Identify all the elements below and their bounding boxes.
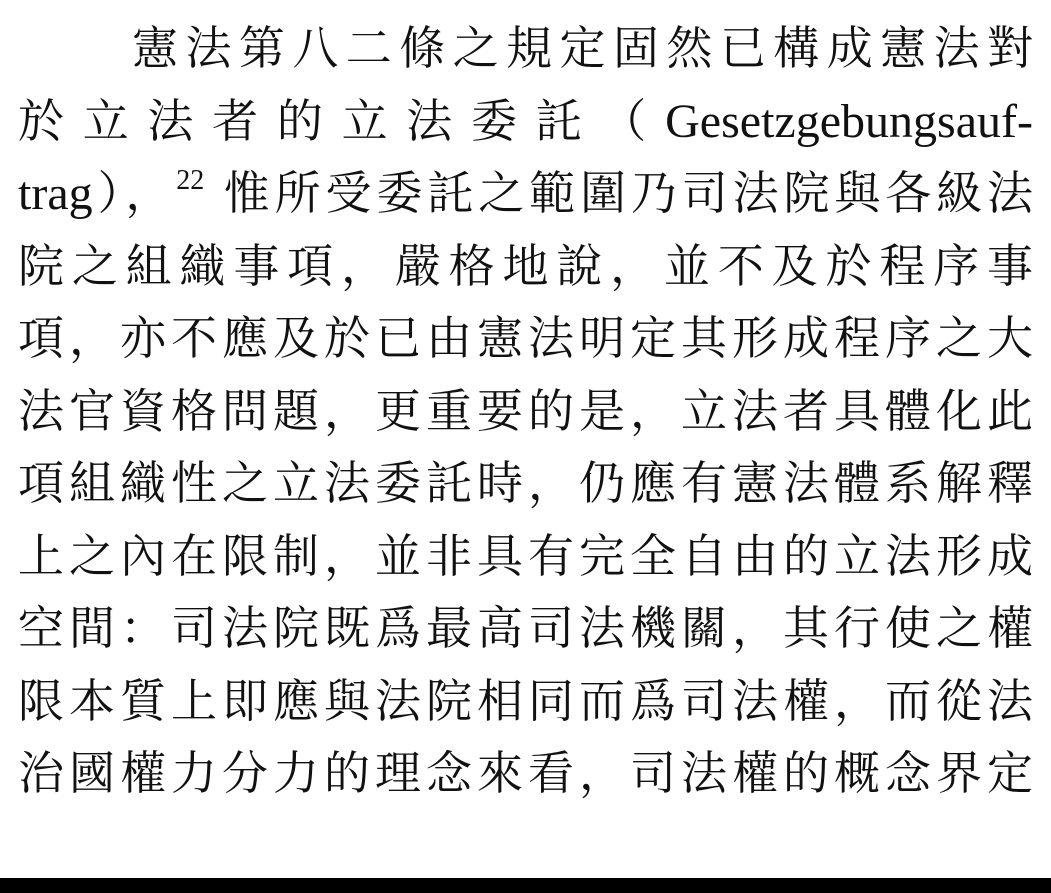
text-line-8: 上之內在限制，並非具有完全自由的立法形成 <box>18 520 1033 592</box>
text-line-1: 憲法第八二條之規定固然已構成憲法對 <box>132 12 1033 84</box>
text-line-4: 院之組織事項，嚴格地說，並不及於程序事 <box>18 230 1033 302</box>
text-line-2: 於立法者的立法委託（Gesetzgebungsauf- <box>18 85 1033 157</box>
text-line-5-content: 項，亦不應及於已由憲法明定其形成程序之大 <box>18 311 1033 365</box>
latin-term-part1: Gesetzgebungsauf- <box>665 95 1033 148</box>
text-line-1-content: 憲法第八二條之規定固然已構成憲法對 <box>132 21 1033 75</box>
text-line-10-content: 限本質上即應與法院相同而爲司法權，而從法 <box>18 674 1033 728</box>
text-line-4-content: 院之組織事項，嚴格地說，並不及於程序事 <box>18 239 1033 293</box>
text-line-8-content: 上之內在限制，並非具有完全自由的立法形成 <box>18 529 1033 583</box>
bottom-black-bar <box>0 878 1051 893</box>
text-line-6-content: 法官資格問題，更重要的是，立法者具體化此 <box>18 384 1033 438</box>
text-line-7: 項組織性之立法委託時，仍應有憲法體系解釋 <box>18 447 1033 519</box>
text-line-6: 法官資格問題，更重要的是，立法者具體化此 <box>18 375 1033 447</box>
text-line-5: 項，亦不應及於已由憲法明定其形成程序之大 <box>18 302 1033 374</box>
text-line-3: trag），22 惟所受委託之範圍乃司法院與各級法 <box>18 157 1033 229</box>
text-line-10: 限本質上即應與法院相同而爲司法權，而從法 <box>18 665 1033 737</box>
footnote-reference[interactable]: 22 <box>176 165 204 196</box>
text-line-7-content: 項組織性之立法委託時，仍應有憲法體系解釋 <box>18 456 1033 510</box>
text-line-9: 空間：司法院既爲最高司法機關，其行使之權 <box>18 592 1033 664</box>
document-page: 憲法第八二條之規定固然已構成憲法對 於立法者的立法委託（Gesetzgebung… <box>0 0 1051 878</box>
text-line-9-content: 空間：司法院既爲最高司法機關，其行使之權 <box>18 601 1033 655</box>
closing-paren-comma: ）， <box>93 166 177 220</box>
text-line-11: 治國權力分力的理念來看，司法權的概念界定 <box>18 737 1033 809</box>
latin-term-part2: trag <box>18 167 93 220</box>
text-line-2-content: 於立法者的立法委託（ <box>18 94 665 148</box>
text-line-3-content: 惟所受委託之範圍乃司法院與各級法 <box>224 166 1033 220</box>
text-line-11-content: 治國權力分力的理念來看，司法權的概念界定 <box>18 746 1033 800</box>
